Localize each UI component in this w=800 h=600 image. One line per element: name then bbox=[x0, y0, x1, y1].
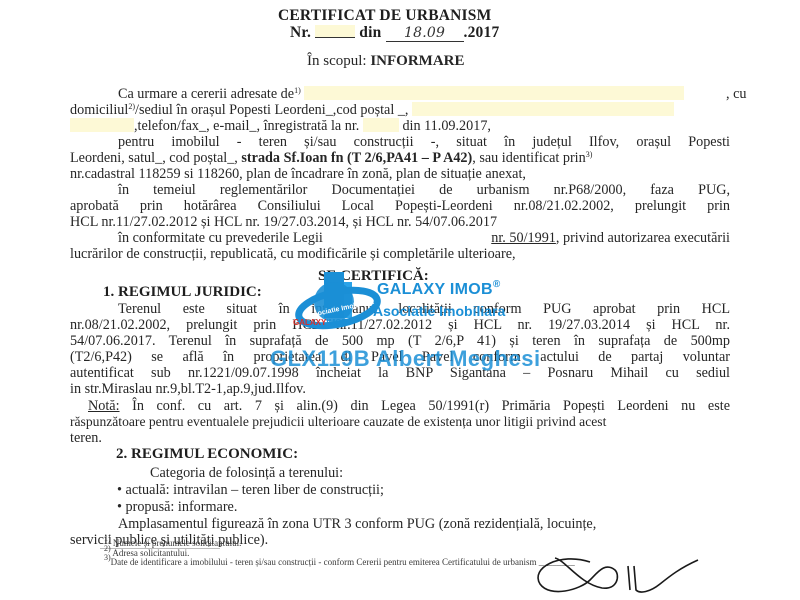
law-reference: nr. 50/1991 bbox=[491, 230, 556, 246]
land-use-proposed: • propusă: informare. bbox=[117, 499, 237, 515]
footnote-ref: 1) bbox=[294, 86, 301, 95]
year: .2017 bbox=[464, 24, 500, 41]
text: , privind autorizarea executării bbox=[556, 230, 730, 246]
watermark-small-brand: GALAXYIMOB bbox=[293, 318, 347, 327]
text: În conf. cu art. 7 și alin.(9) din Legea… bbox=[120, 398, 730, 414]
redacted-address-cont bbox=[70, 118, 134, 132]
nota-label: Notă: bbox=[88, 398, 120, 414]
watermark-agent-id: GLX119B Albert Meghesi bbox=[270, 346, 541, 372]
redacted-address bbox=[412, 102, 674, 116]
intro-line-5: Leordeni, satul_, cod poștal_, strada Sf… bbox=[70, 150, 592, 166]
intro-line-1: Ca urmare a cererii adresate de1) bbox=[118, 86, 684, 102]
text: propusă: informare. bbox=[126, 499, 238, 515]
text: IMOB bbox=[326, 318, 347, 327]
land-use-current: • actuală: intravilan – teren liber de c… bbox=[117, 482, 384, 498]
footnote-ref: 2) bbox=[128, 102, 135, 111]
intro-line-1-end: , cu bbox=[726, 86, 747, 102]
purpose-line: În scopul: INFORMARE bbox=[307, 53, 465, 69]
intro-line-8: aprobată prin hotărârea Consiliului Loca… bbox=[70, 198, 730, 214]
certificate-page: CERTIFICAT DE URBANISM Nr. din 18.09.201… bbox=[0, 0, 800, 600]
footnote-mark: 2) bbox=[104, 544, 111, 553]
nota-line-1: Notă: În conf. cu art. 7 și alin.(9) din… bbox=[88, 398, 730, 414]
watermark-brand: GALAXY IMOB® bbox=[377, 281, 501, 299]
date-handwritten: 18.09 bbox=[386, 25, 464, 42]
footnote-3: 3)Date de identificare a imobilului - te… bbox=[104, 557, 575, 567]
text: Ca urmare a cererii adresate de bbox=[118, 86, 294, 102]
land-use-category: Categoria de folosință a terenului: bbox=[150, 465, 343, 481]
footnote-mark: 1) bbox=[104, 534, 111, 543]
text: actuală: intravilan – teren liber de con… bbox=[126, 482, 384, 498]
intro-line-3: ,telefon/fax_, e-mail_, înregistrată la … bbox=[70, 118, 491, 134]
text: GALAXY IMOB bbox=[377, 281, 493, 298]
bullet-icon: • bbox=[117, 482, 122, 498]
din-label: din bbox=[359, 24, 381, 41]
purpose-value: INFORMARE bbox=[370, 53, 464, 69]
footnote-mark: 3) bbox=[104, 553, 111, 562]
redacted-name bbox=[304, 86, 684, 100]
intro-line-7: în temeiul reglementărilor Documentației… bbox=[118, 182, 730, 198]
intro-line-2: domiciliul2)/sediul în orașul Popesti Le… bbox=[70, 102, 674, 118]
text: Date de identificare a imobilului - tere… bbox=[111, 557, 575, 567]
text: ,telefon/fax_, e-mail_, înregistrată la … bbox=[134, 118, 359, 134]
text: în conformitate cu prevederile Legii bbox=[118, 230, 323, 246]
footnote-ref: 3) bbox=[586, 150, 593, 159]
document-title: CERTIFICAT DE URBANISM bbox=[278, 8, 491, 24]
property-address: strada Sf.Ioan fn (T 2/6,PA41 – P A42) bbox=[241, 150, 472, 166]
text: din 11.09.2017, bbox=[402, 118, 491, 134]
intro-line-10: în conformitate cu prevederile Legii nr.… bbox=[118, 230, 730, 246]
section-1-title: 1. REGIMUL JURIDIC: bbox=[103, 284, 262, 300]
certificate-number-line: Nr. din 18.09.2017 bbox=[290, 25, 499, 42]
signature-icon bbox=[520, 550, 720, 600]
text: domiciliul bbox=[70, 102, 128, 118]
intro-line-4: pentru imobilul - teren și/sau construcț… bbox=[118, 134, 730, 150]
text: , sau identificat prin bbox=[472, 150, 585, 166]
section-1-line-6: in str.Miraslau nr.9,bl.T2-1,ap.9,jud.Il… bbox=[70, 381, 306, 397]
nr-value-field bbox=[315, 25, 355, 38]
text: /sediul în orașul Popesti Leordeni_,cod … bbox=[135, 102, 408, 118]
nota-line-3: teren. bbox=[70, 430, 102, 446]
intro-line-6: nr.cadastral 118259 si 118260, plan de î… bbox=[70, 166, 526, 182]
intro-line-9: HCL nr.11/27.02.2012 și HCL nr. 19/27.03… bbox=[70, 214, 497, 230]
watermark-subtitle: Asociatie Imobiliara bbox=[373, 303, 505, 319]
nr-label: Nr. bbox=[290, 24, 311, 41]
text: Numele și prenumele solicitantului. bbox=[111, 538, 242, 548]
bullet-icon: • bbox=[117, 499, 122, 515]
intro-line-11: lucrărilor de construcții, republicată, … bbox=[70, 246, 516, 262]
purpose-label: În scopul: bbox=[307, 53, 367, 69]
text: Leordeni, satul_, cod poștal_, bbox=[70, 150, 238, 166]
redacted-reg-number bbox=[363, 118, 399, 132]
section-2-title: 2. REGIMUL ECONOMIC: bbox=[116, 446, 298, 462]
nota-line-2: răspunzătoare pentru eventualele prejudi… bbox=[70, 414, 606, 430]
footnote-1: 1) Numele și prenumele solicitantului. bbox=[104, 538, 241, 548]
text: GALAXY bbox=[293, 318, 326, 327]
registered-mark: ® bbox=[493, 279, 501, 290]
section-2-line-1: Amplasamentul figurează în zona UTR 3 co… bbox=[118, 516, 596, 532]
